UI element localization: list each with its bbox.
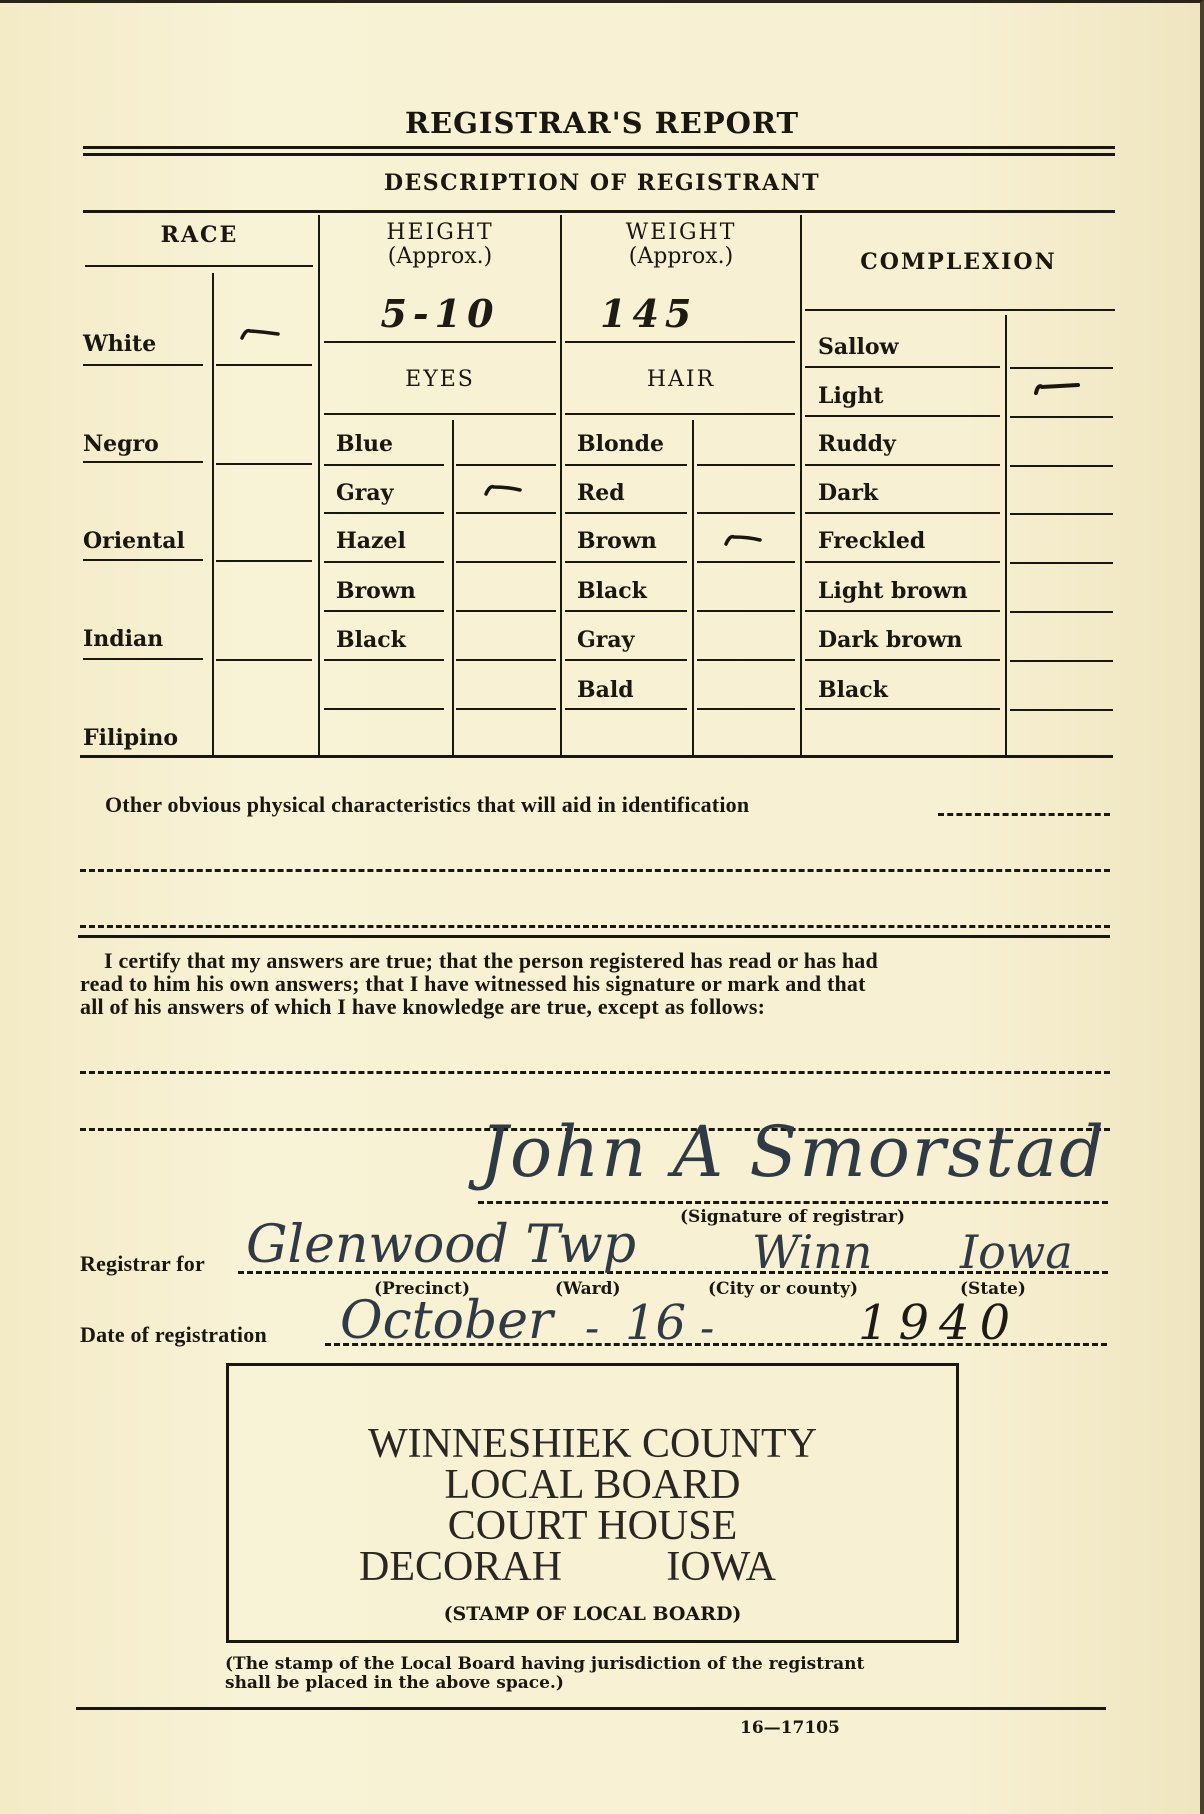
row-rule — [697, 610, 795, 612]
weight-value[interactable]: 145 — [600, 291, 697, 336]
stamp-city: DECORAH — [359, 1547, 562, 1588]
hair-mark-divider — [692, 420, 694, 755]
date-separator-2: - — [700, 1303, 714, 1352]
weight-heading: WEIGHT (Approx.) — [562, 221, 800, 269]
row-rule — [697, 561, 795, 563]
draft-registration-card: REGISTRAR'S REPORT DESCRIPTION OF REGIST… — [0, 0, 1204, 1814]
stamp-note-line: (The stamp of the Local Board having jur… — [225, 1655, 864, 1674]
race-label: Oriental — [83, 528, 185, 554]
row-rule — [83, 364, 203, 366]
race-label: Filipino — [83, 725, 178, 751]
complexion-label: Dark brown — [818, 627, 962, 653]
table-bottom-rule — [80, 755, 1113, 758]
date-month[interactable]: October — [340, 1291, 553, 1351]
row-rule — [1010, 709, 1113, 711]
check-mark-icon — [1032, 379, 1082, 395]
hair-label: Black — [577, 578, 647, 604]
complexion-label: Light brown — [818, 578, 968, 604]
divider-height-weight — [560, 215, 562, 755]
certification-line: read to him his own answers; that I have… — [80, 972, 1110, 995]
row-rule — [565, 708, 687, 710]
signature-caption: (Signature of registrar) — [680, 1207, 905, 1227]
race-heading: RACE — [83, 223, 316, 247]
stamp-text: WINNESHIEK COUNTY LOCAL BOARD COURT HOUS… — [229, 1424, 956, 1588]
table-top-rule — [83, 210, 1115, 213]
row-rule — [324, 610, 444, 612]
hair-label: Blonde — [577, 431, 664, 457]
row-rule — [456, 464, 556, 466]
title-rule-bottom — [83, 153, 1115, 156]
check-mark-icon — [238, 325, 282, 341]
eyes-label: Blue — [336, 431, 393, 457]
physical-characteristics-label: Other obvious physical characteristics t… — [105, 793, 749, 816]
row-rule — [805, 561, 1000, 563]
date-year[interactable]: 1940 — [858, 1295, 1020, 1351]
eyes-label: Black — [336, 627, 406, 653]
eyes-label: Gray — [336, 480, 393, 506]
footer-rule — [76, 1707, 1106, 1710]
stamp-line: LOCAL BOARD — [229, 1465, 956, 1506]
complexion-label: Light — [818, 383, 883, 409]
hair-heading-rule — [565, 413, 795, 415]
row-rule — [697, 464, 795, 466]
complexion-heading: COMPLEXION — [802, 250, 1115, 274]
physical-line-3 — [80, 925, 1110, 928]
certification-line: I certify that my answers are true; that… — [80, 949, 1110, 972]
row-rule — [1010, 513, 1113, 515]
weight-rule — [565, 341, 795, 343]
row-rule — [1010, 367, 1113, 369]
row-rule — [805, 610, 1000, 612]
row-rule — [565, 659, 687, 661]
row-rule — [1010, 660, 1113, 662]
hair-label: Red — [577, 480, 625, 506]
hair-label: Gray — [577, 627, 634, 653]
signature-line — [478, 1201, 1108, 1204]
section-title: DESCRIPTION OF REGISTRANT — [0, 170, 1204, 196]
check-mark-icon — [722, 531, 766, 547]
row-rule — [697, 512, 795, 514]
physical-line-2 — [80, 869, 1110, 872]
height-heading-text: HEIGHT — [320, 221, 560, 245]
signature-value: John A Smorstad — [480, 1111, 1106, 1193]
row-rule — [324, 512, 444, 514]
eyes-mark-divider — [452, 420, 454, 755]
weight-approx-text: (Approx.) — [562, 245, 800, 269]
row-rule — [805, 659, 1000, 661]
race-label: Negro — [83, 431, 159, 457]
row-rule — [805, 366, 1000, 368]
row-rule — [324, 708, 444, 710]
check-mark-icon — [482, 481, 526, 497]
row-rule — [805, 512, 1000, 514]
row-rule — [805, 415, 1000, 417]
stamp-line: COURT HOUSE — [229, 1506, 956, 1547]
race-label: Indian — [83, 626, 163, 652]
row-rule — [1010, 465, 1113, 467]
eyes-label: Hazel — [336, 528, 406, 554]
certification-rule — [78, 935, 1110, 938]
row-rule — [83, 658, 203, 660]
hair-label: Brown — [577, 528, 657, 554]
eyes-heading: EYES — [320, 368, 560, 392]
page-title: REGISTRAR'S REPORT — [0, 106, 1204, 140]
complexion-label: Ruddy — [818, 431, 896, 457]
state-value[interactable]: Iowa — [960, 1225, 1073, 1279]
form-number: 16—17105 — [740, 1718, 840, 1738]
row-rule — [565, 512, 687, 514]
row-rule — [324, 659, 444, 661]
race-heading-rule — [85, 265, 313, 267]
exceptions-line-1 — [80, 1071, 1110, 1074]
row-rule — [1010, 562, 1113, 564]
row-rule — [83, 559, 203, 561]
row-rule — [1010, 611, 1113, 613]
stamp-caption: (STAMP OF LOCAL BOARD) — [229, 1603, 956, 1625]
date-label: Date of registration — [80, 1323, 267, 1346]
row-rule — [216, 659, 312, 661]
stamp-city-state: DECORAH IOWA — [229, 1547, 956, 1588]
stamp-note-line: shall be placed in the above space.) — [225, 1674, 864, 1693]
row-rule — [1010, 416, 1113, 418]
height-rule — [324, 341, 556, 343]
row-rule — [565, 561, 687, 563]
stamp-state: IOWA — [666, 1547, 776, 1588]
height-heading: HEIGHT (Approx.) — [320, 221, 560, 269]
city-county-value[interactable]: Winn — [752, 1225, 872, 1279]
complexion-label: Dark — [818, 480, 878, 506]
eyes-heading-rule — [324, 413, 556, 415]
race-mark-divider — [212, 273, 214, 755]
row-rule — [216, 463, 312, 465]
row-rule — [565, 610, 687, 612]
row-rule — [324, 561, 444, 563]
precinct-value[interactable]: Glenwood Twp — [246, 1215, 636, 1275]
height-value[interactable]: 5-10 — [320, 291, 560, 336]
stamp-line: WINNESHIEK COUNTY — [229, 1424, 956, 1465]
row-rule — [805, 708, 1000, 710]
divider-weight-complexion — [800, 215, 802, 755]
stamp-note: (The stamp of the Local Board having jur… — [225, 1655, 864, 1693]
row-rule — [456, 610, 556, 612]
hair-label: Bald — [577, 677, 634, 703]
complexion-mark-divider — [1005, 315, 1007, 755]
row-rule — [324, 464, 444, 466]
certification-text: I certify that my answers are true; that… — [80, 949, 1110, 1018]
complexion-label: Freckled — [818, 528, 925, 554]
complexion-label: Sallow — [818, 334, 898, 360]
city-county-caption: (City or county) — [708, 1279, 858, 1299]
row-rule — [456, 659, 556, 661]
row-rule — [216, 364, 312, 366]
height-approx-text: (Approx.) — [320, 245, 560, 269]
weight-heading-text: WEIGHT — [562, 221, 800, 245]
physical-line-1 — [938, 813, 1110, 816]
title-rule-top — [83, 146, 1115, 149]
row-rule — [456, 708, 556, 710]
certification-line: all of his answers of which I have knowl… — [80, 995, 1110, 1018]
complexion-label: Black — [818, 677, 888, 703]
race-label: White — [83, 331, 156, 357]
eyes-label: Brown — [336, 578, 416, 604]
row-rule — [697, 708, 795, 710]
stamp-box: WINNESHIEK COUNTY LOCAL BOARD COURT HOUS… — [226, 1363, 959, 1643]
row-rule — [83, 461, 203, 463]
complexion-heading-rule — [805, 309, 1115, 311]
row-rule — [456, 512, 556, 514]
registrar-for-label: Registrar for — [80, 1252, 205, 1275]
date-day[interactable]: 16 — [625, 1295, 686, 1351]
row-rule — [697, 659, 795, 661]
hair-heading: HAIR — [562, 368, 800, 392]
date-separator-1: - — [585, 1303, 599, 1352]
row-rule — [216, 560, 312, 562]
row-rule — [805, 464, 1000, 466]
row-rule — [565, 464, 687, 466]
row-rule — [456, 561, 556, 563]
ward-caption: (Ward) — [555, 1279, 621, 1299]
